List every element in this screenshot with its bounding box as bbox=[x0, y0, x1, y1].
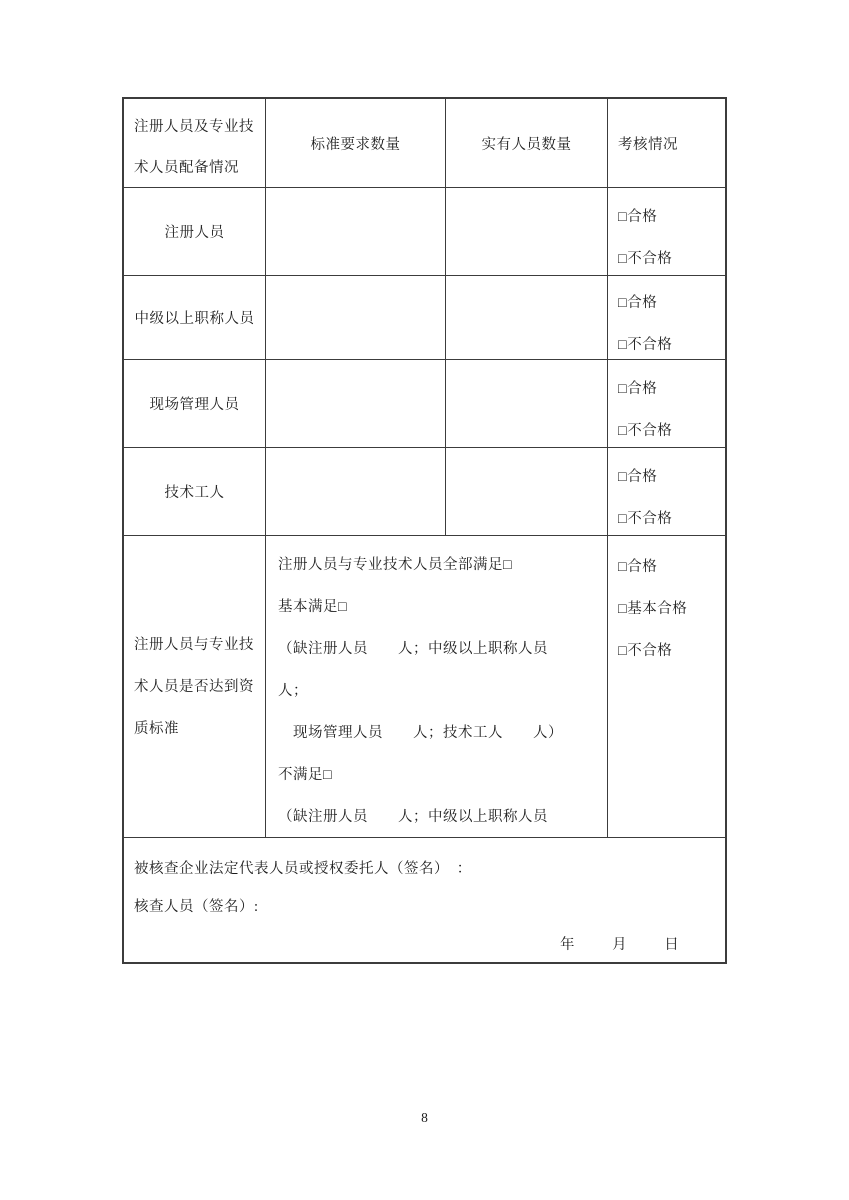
header-personnel: 注册人员及专业技 术人员配备情况 bbox=[124, 99, 266, 187]
row-label: 中级以上职称人员 bbox=[124, 276, 266, 359]
standard-compliance-row: 注册人员与专业技 术人员是否达到资 质标准 注册人员与专业技术人员全部满足□ 基… bbox=[124, 536, 725, 838]
inspected-signature-line: 被核查企业法定代表人员或授权委托人（签名） ： bbox=[134, 850, 725, 888]
actual-qty-cell bbox=[446, 188, 608, 275]
checkbox-option-pass: □合格 bbox=[618, 546, 725, 588]
header-actual-qty: 实有人员数量 bbox=[446, 99, 608, 187]
compliance-line-fully-satisfied: 注册人员与专业技术人员全部满足□ bbox=[278, 544, 607, 586]
standard-label-line2: 术人员是否达到资 bbox=[134, 666, 265, 708]
actual-qty-cell bbox=[446, 276, 608, 359]
required-qty-cell bbox=[266, 188, 446, 275]
compliance-detail-cell: 注册人员与专业技术人员全部满足□ 基本满足□ （缺注册人员 人；中级以上职称人员… bbox=[266, 536, 608, 837]
required-qty-cell bbox=[266, 360, 446, 447]
actual-qty-cell bbox=[446, 448, 608, 535]
checkbox-option-basic-pass: □基本合格 bbox=[618, 588, 725, 630]
person-row-site-management: 现场管理人员 □合格 □不合格 bbox=[124, 360, 725, 448]
checkbox-option-pass: □合格 bbox=[618, 196, 725, 238]
date-line: 年 月 日 bbox=[134, 926, 725, 964]
required-qty-cell bbox=[266, 276, 446, 359]
standard-row-label: 注册人员与专业技 术人员是否达到资 质标准 bbox=[124, 536, 266, 837]
header-personnel-line2: 术人员配备情况 bbox=[134, 148, 265, 187]
checkbox-option-pass: □合格 bbox=[618, 456, 725, 498]
standard-label-line3: 质标准 bbox=[134, 708, 265, 750]
date-month-label: 月 bbox=[612, 937, 627, 953]
person-row-skilled-workers: 技术工人 □合格 □不合格 bbox=[124, 448, 725, 536]
row-label-text: 中级以上职称人员 bbox=[135, 307, 255, 328]
person-row-midlevel-title: 中级以上职称人员 □合格 □不合格 bbox=[124, 276, 725, 360]
date-day-label: 日 bbox=[664, 937, 679, 953]
row-label-text: 技术工人 bbox=[165, 481, 225, 502]
assessment-cell: □合格 □不合格 bbox=[608, 188, 725, 275]
required-qty-cell bbox=[266, 448, 446, 535]
header-personnel-line1: 注册人员及专业技 bbox=[134, 107, 265, 148]
header-assessment-label: 考核情况 bbox=[618, 133, 678, 154]
signature-cell: 被核查企业法定代表人员或授权委托人（签名） ： 核查人员（签名）: 年 月 日 bbox=[124, 838, 725, 964]
checkbox-option-pass: □合格 bbox=[618, 282, 725, 324]
date-year-label: 年 bbox=[560, 937, 575, 953]
header-required-label: 标准要求数量 bbox=[311, 133, 401, 154]
assessment-cell: □合格 □不合格 bbox=[608, 276, 725, 359]
row-label-text: 现场管理人员 bbox=[150, 393, 240, 414]
assessment-cell: □合格 □不合格 bbox=[608, 448, 725, 535]
header-assessment: 考核情况 bbox=[608, 99, 725, 187]
compliance-line-shortage-2: 现场管理人员 人；技术工人 人） bbox=[278, 712, 607, 754]
compliance-line-shortage-1: （缺注册人员 人；中级以上职称人员 人； bbox=[278, 628, 607, 712]
inspector-signature-line: 核查人员（签名）: bbox=[134, 888, 725, 926]
checkbox-option-fail: □不合格 bbox=[618, 498, 725, 536]
compliance-line-shortage-3: （缺注册人员 人；中级以上职称人员 人； bbox=[278, 796, 607, 837]
assessment-cell: □合格 □基本合格 □不合格 bbox=[608, 536, 725, 837]
table-header-row: 注册人员及专业技 术人员配备情况 标准要求数量 实有人员数量 考核情况 bbox=[124, 99, 725, 188]
compliance-line-basically-satisfied: 基本满足□ bbox=[278, 586, 607, 628]
person-row-registered: 注册人员 □合格 □不合格 bbox=[124, 188, 725, 276]
compliance-line-not-satisfied: 不满足□ bbox=[278, 754, 607, 796]
header-actual-label: 实有人员数量 bbox=[482, 133, 572, 154]
signature-section: 被核查企业法定代表人员或授权委托人（签名） ： 核查人员（签名）: 年 月 日 bbox=[124, 838, 725, 964]
actual-qty-cell bbox=[446, 360, 608, 447]
checkbox-option-fail: □不合格 bbox=[618, 324, 725, 360]
header-required-qty: 标准要求数量 bbox=[266, 99, 446, 187]
checkbox-option-pass: □合格 bbox=[618, 368, 725, 410]
page-number: 8 bbox=[0, 1110, 849, 1126]
personnel-assessment-table: 注册人员及专业技 术人员配备情况 标准要求数量 实有人员数量 考核情况 注册人员… bbox=[122, 97, 727, 964]
checkbox-option-fail: □不合格 bbox=[618, 238, 725, 276]
row-label: 注册人员 bbox=[124, 188, 266, 275]
row-label: 现场管理人员 bbox=[124, 360, 266, 447]
standard-label-line1: 注册人员与专业技 bbox=[134, 624, 265, 666]
checkbox-option-fail: □不合格 bbox=[618, 410, 725, 448]
checkbox-option-fail: □不合格 bbox=[618, 630, 725, 672]
row-label-text: 注册人员 bbox=[165, 221, 225, 242]
assessment-cell: □合格 □不合格 bbox=[608, 360, 725, 447]
row-label: 技术工人 bbox=[124, 448, 266, 535]
